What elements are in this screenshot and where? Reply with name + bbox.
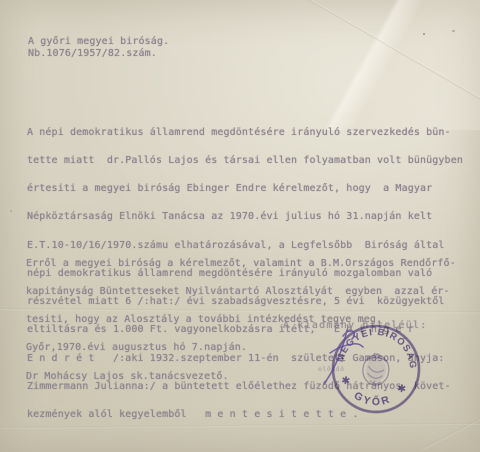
case-number: Nb.1076/1957/82.szám. — [28, 48, 157, 60]
stamp-ink-smudge — [365, 357, 387, 383]
stamp-star-right: ✱ — [394, 379, 411, 396]
body-line: A népi demokratikus államrend megdöntésé… — [27, 128, 463, 137]
body-line: tette miatt dr.Pallós Lajos és társai el… — [27, 156, 463, 165]
stamp-star-left: ✱ — [337, 373, 354, 390]
paper-speck — [423, 33, 425, 35]
body-line: Népköztársaság Elnöki Tanácsa az 1970.év… — [27, 212, 463, 221]
court-name: A győri megyei biróság. — [28, 36, 169, 48]
paper-speck — [10, 210, 12, 212]
body-line: Erről a megyei biróság a kérelmezőt, val… — [26, 259, 456, 268]
paper-fold-crease — [304, 0, 480, 103]
scanned-court-document: A győri megyei biróság. Nb.1076/1957/82.… — [0, 0, 480, 452]
paper-speck — [452, 30, 455, 32]
body-line: kapitányság Büntetteseket Nyilvántartó A… — [26, 287, 456, 296]
court-stamp: MEGYEI BIRÓSÁG ✱ GYŐR ✱ — [310, 303, 442, 435]
body-line: értesiti a megyei biróság Ebinger Endre … — [27, 184, 463, 193]
